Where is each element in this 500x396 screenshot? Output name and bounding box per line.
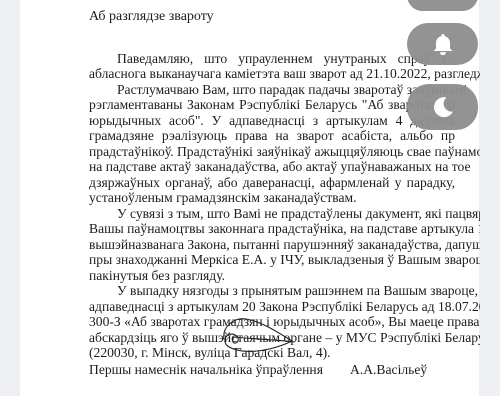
signatory-name: А.А.Васiльеў (350, 361, 427, 379)
document-line: устаноўленым грамадзянскiм заканадаўства… (89, 190, 455, 206)
document-subject: Аб разглядзе звароту (89, 9, 214, 25)
document-line: У сувязi з тым, што Вамi не прадстаўлены… (117, 206, 455, 222)
dark-mode-button[interactable] (407, 84, 478, 130)
signatory-position: Першы намеснiк начальнiка ўпраўлення (89, 361, 323, 379)
signature-image (220, 313, 310, 359)
document-line: грамадзяне рэалiзуюць права на зварот ас… (89, 128, 455, 144)
document-line: юрыдычных асоб". У адпаведнасцi з артыку… (89, 113, 455, 129)
document-line: прадстаўнiкоў. Прадстаўнiкi заяўнiкаў аж… (89, 144, 455, 160)
document-line: У выпадку нязгоды з прынятым рашэннем па… (117, 283, 455, 299)
document-line: дзяржаўных органаў, або даверанасцi, афа… (89, 175, 455, 191)
document-line: пакiнутыя без разгляду. (89, 268, 455, 284)
document-line: Вашы паўнамоцтвы законнага прадстаўнiка,… (89, 221, 455, 237)
document-line: рэгламентаваны Законам Рэспублiкi Белару… (89, 97, 455, 113)
top-floating-button[interactable] (407, 0, 478, 11)
notifications-button[interactable] (407, 23, 478, 65)
document-line: вышэйназванага Закона, пытаннi парушэння… (89, 237, 455, 253)
moon-icon (431, 95, 455, 119)
bell-icon (432, 32, 454, 56)
signature-row: Першы намеснiк начальнiка ўпраўленняА.А.… (89, 361, 469, 379)
document-line: на падставе актаў заканадаўства, або акт… (89, 159, 455, 175)
document-viewer: Аб разглядзе звароту Паведамляю, што упр… (0, 0, 500, 396)
document-line: абласнога выканаучага камiетэта ваш звар… (89, 66, 455, 82)
document-page: Аб разглядзе звароту Паведамляю, што упр… (20, 0, 479, 396)
document-line: Паведамляю, што упрауленнем унутраных сп… (117, 51, 455, 67)
viewer-right-margin (480, 0, 500, 396)
document-line: пры знаходжаннi Меркiса Е.А. у IЧУ, выкл… (89, 252, 455, 268)
document-line: Растлумачваю Вам, што парадак падачы зва… (117, 82, 455, 98)
